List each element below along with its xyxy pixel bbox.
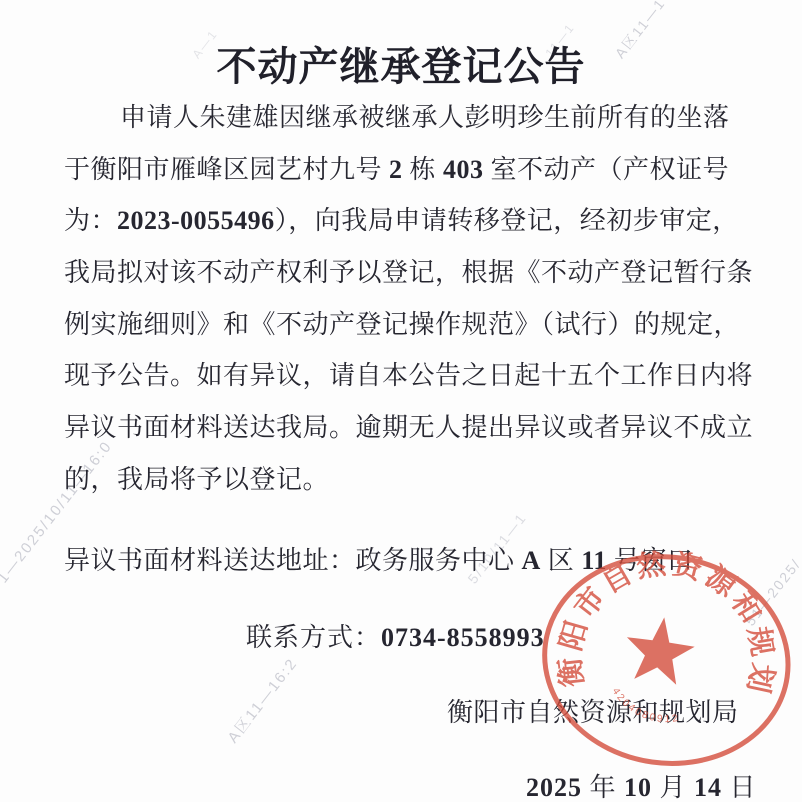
body-line: 于衡阳市雁峰区园艺村九号 2 栋 403 室不动产（产权证号: [64, 144, 746, 196]
document-title: 不动产继承登记公告: [0, 35, 802, 92]
body-line: 异议书面材料送达我局。逾期无人提出异议或者异议不成立: [64, 402, 746, 454]
seal-star-icon: [621, 613, 698, 687]
body-line: 的，我局将予以登记。: [64, 454, 746, 506]
body-line: 我局拟对该不动产权利予以登记，根据《不动产登记暂行条: [64, 247, 746, 299]
contact-line: 联系方式：0734-8558993: [246, 617, 545, 654]
body-line: 例实施细则》和《不动产登记操作规范》（试行）的规定，: [64, 299, 746, 351]
body-line: 现予公告。如有异议，请自本公告之日起十五个工作日内将: [64, 350, 746, 402]
seal-code: 4204080912: [606, 685, 685, 728]
watermark-fragment: A区11—16:2: [222, 653, 302, 747]
body-line: 为：2023-0055496），向我局申请转移登记，经初步审定，: [64, 195, 746, 247]
announcement-document: 1—2025/10/11—16:0 A区11—16:2 5/10/11—1 A区…: [0, 0, 802, 802]
seal-arc-text: 衡阳市自然资源和规划局: [522, 533, 797, 719]
official-seal: 衡阳市自然资源和规划局 4204080912: [522, 533, 802, 792]
body-paragraph: 申请人朱建雄因继承被继承人彭明珍生前所有的坐落 于衡阳市雁峰区园艺村九号 2 栋…: [64, 92, 746, 506]
body-line: 申请人朱建雄因继承被继承人彭明珍生前所有的坐落: [64, 92, 746, 144]
